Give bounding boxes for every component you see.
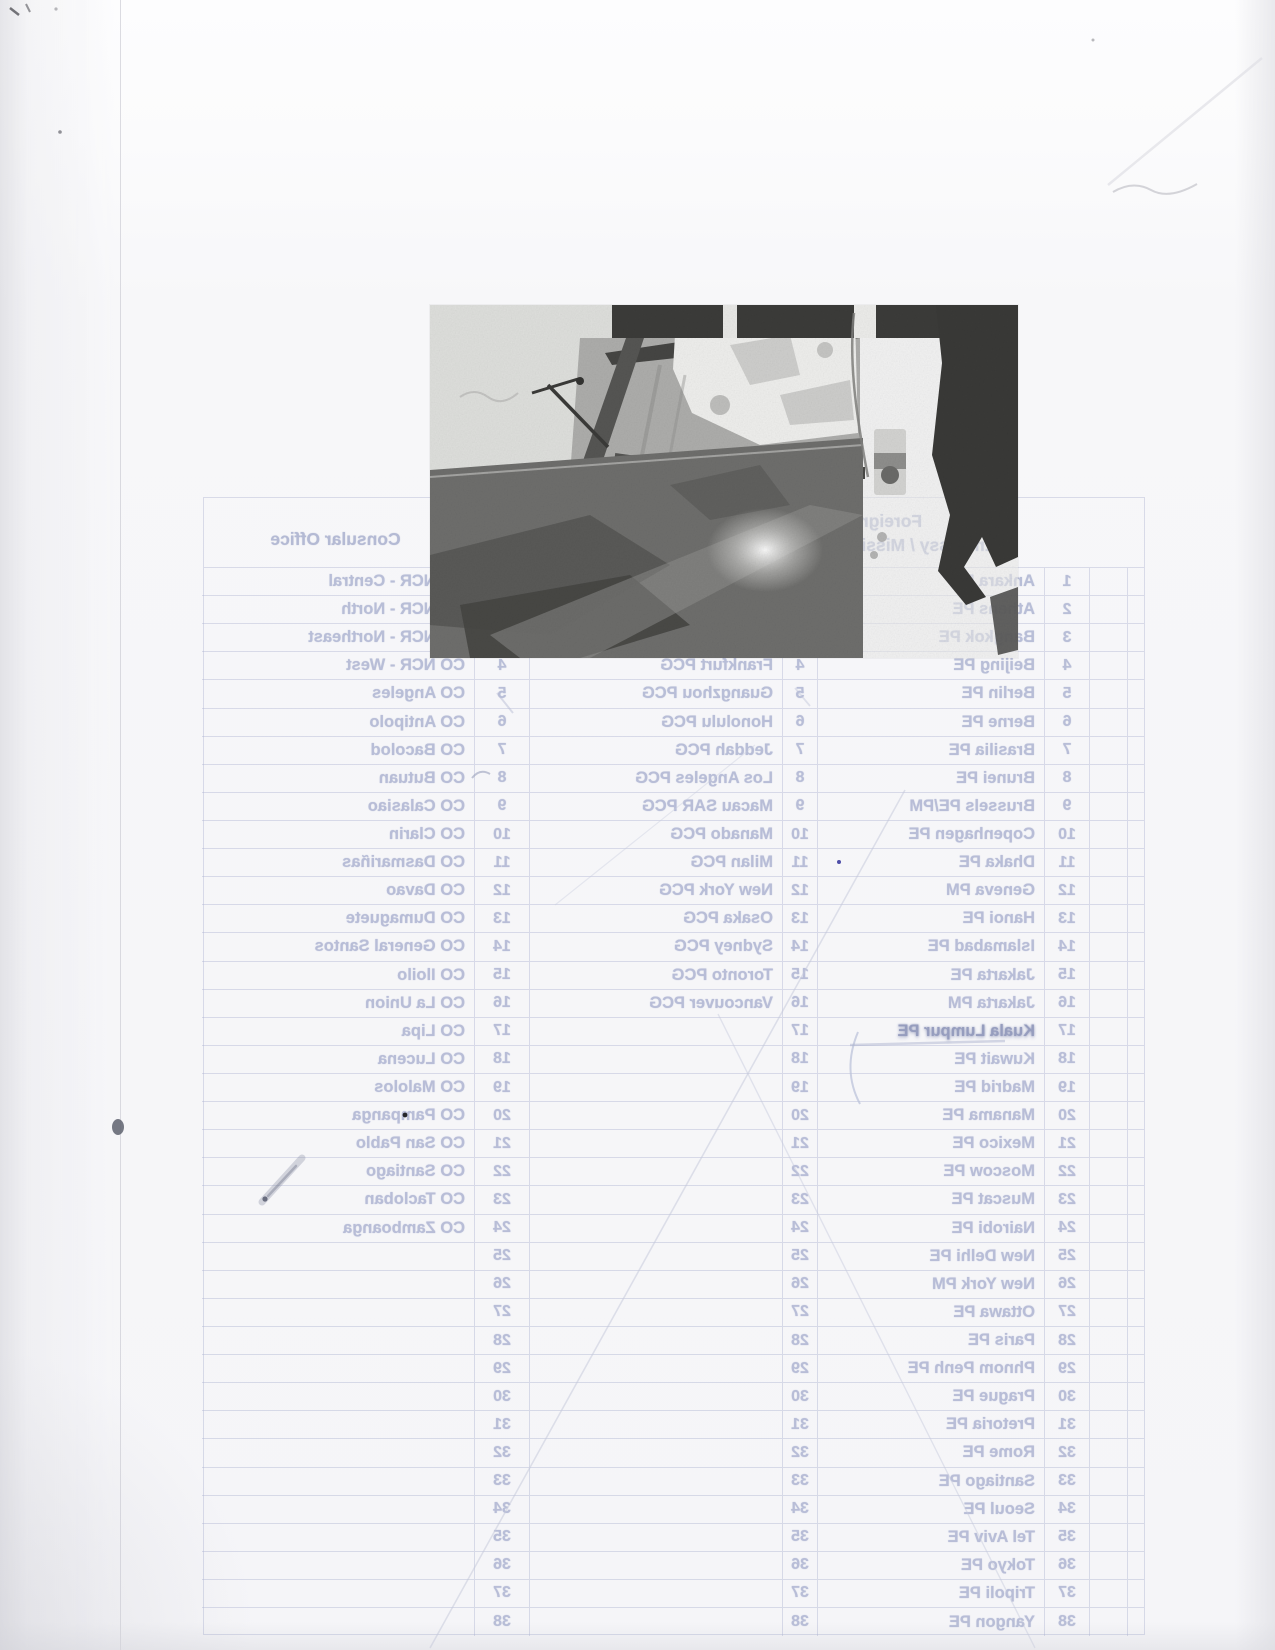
embassy-number-cell: 11 bbox=[1044, 849, 1089, 877]
embassy-number-cell: 23 bbox=[1044, 1186, 1089, 1214]
pcg-number-cell: 25 bbox=[782, 1243, 817, 1271]
margin-cell-outer bbox=[1127, 1552, 1144, 1580]
co-name-cell: CO Pampanga bbox=[202, 1102, 474, 1130]
pcg-name-cell bbox=[529, 1243, 782, 1271]
embassy-number-cell: 38 bbox=[1044, 1608, 1089, 1636]
co-number-cell: 33 bbox=[474, 1468, 529, 1496]
table-body: 1Ankara PE11CO NCR - Central2Athens PE22… bbox=[204, 568, 1144, 1636]
embassy-number-cell: 16 bbox=[1044, 990, 1089, 1018]
margin-cell-inner bbox=[1089, 568, 1127, 596]
embassy-number-cell: 31 bbox=[1044, 1411, 1089, 1439]
pcg-number-cell: 28 bbox=[782, 1327, 817, 1355]
co-name-cell: CO Dasmariñas bbox=[202, 849, 474, 877]
co-name-cell: CO Clarin bbox=[202, 821, 474, 849]
table-row: 26New York PM2626 bbox=[204, 1271, 1144, 1299]
co-name-cell bbox=[202, 1271, 474, 1299]
margin-cell-outer bbox=[1127, 1439, 1144, 1467]
embassy-number-cell: 30 bbox=[1044, 1383, 1089, 1411]
pcg-name-cell: Jeddah PCG bbox=[529, 737, 782, 765]
pcg-number-cell: 23 bbox=[782, 1186, 817, 1214]
table-row: 22Moscow PE2222CO Santiago bbox=[204, 1158, 1144, 1186]
co-number-cell: 34 bbox=[474, 1496, 529, 1524]
margin-cell-inner bbox=[1089, 1074, 1127, 1102]
embassy-name-cell: Seoul PE bbox=[817, 1496, 1044, 1524]
embassy-name-cell: Nairobi PE bbox=[817, 1215, 1044, 1243]
table-row: 21Mexico PE2121CO San Pablo bbox=[204, 1130, 1144, 1158]
pcg-name-cell bbox=[529, 1074, 782, 1102]
pcg-number-cell: 20 bbox=[782, 1102, 817, 1130]
co-name-cell bbox=[202, 1468, 474, 1496]
embassy-number-cell: 22 bbox=[1044, 1158, 1089, 1186]
pcg-name-cell: Macau SAR PCG bbox=[529, 793, 782, 821]
co-number-cell: 10 bbox=[474, 821, 529, 849]
co-number-cell: 26 bbox=[474, 1271, 529, 1299]
table-row: 13Hanoi PE13Osaka PCG13CO Dumaguete bbox=[204, 905, 1144, 933]
table-row: 29Phnom Penh PE2929 bbox=[204, 1355, 1144, 1383]
margin-cell-inner bbox=[1089, 1130, 1127, 1158]
co-number-cell: 35 bbox=[474, 1524, 529, 1552]
co-name-cell: CO Santiago bbox=[202, 1158, 474, 1186]
co-number-cell: 8 bbox=[474, 765, 529, 793]
pcg-name-cell bbox=[529, 1552, 782, 1580]
embassy-name-cell: Yangon PE bbox=[817, 1608, 1044, 1636]
co-number-cell: 25 bbox=[474, 1243, 529, 1271]
co-name-cell: CO Lucena bbox=[202, 1046, 474, 1074]
co-name-cell bbox=[202, 1355, 474, 1383]
margin-cell-outer bbox=[1127, 765, 1144, 793]
pcg-name-cell bbox=[529, 1186, 782, 1214]
table-row: 18Kuwait PE1818CO Lucena bbox=[204, 1046, 1144, 1074]
car-photo-graphic bbox=[430, 305, 1018, 658]
embassy-name-cell: Dhaka PE bbox=[817, 849, 1044, 877]
margin-cell-outer bbox=[1127, 1271, 1144, 1299]
margin-cell-inner bbox=[1089, 1215, 1127, 1243]
embassy-name-cell: Muscat PE bbox=[817, 1186, 1044, 1214]
co-number-cell: 19 bbox=[474, 1074, 529, 1102]
margin-cell-inner bbox=[1089, 821, 1127, 849]
co-name-cell bbox=[202, 1243, 474, 1271]
embassy-name-cell: Kuwait PE bbox=[817, 1046, 1044, 1074]
margin-cell-outer bbox=[1127, 933, 1144, 961]
margin-cell-inner bbox=[1089, 905, 1127, 933]
margin-cell-outer bbox=[1127, 905, 1144, 933]
margin-cell-inner bbox=[1089, 1186, 1127, 1214]
pcg-number-cell: 16 bbox=[782, 990, 817, 1018]
pcg-name-cell bbox=[529, 1215, 782, 1243]
embassy-name-cell: New Delhi PE bbox=[817, 1243, 1044, 1271]
pcg-number-cell: 7 bbox=[782, 737, 817, 765]
pcg-name-cell bbox=[529, 1327, 782, 1355]
co-name-cell: CO Lipa bbox=[202, 1018, 474, 1046]
co-number-cell: 28 bbox=[474, 1327, 529, 1355]
table-row: 7Brasilia PE7Jeddah PCG7CO Bacolod bbox=[204, 737, 1144, 765]
co-name-cell bbox=[202, 1299, 474, 1327]
margin-cell-outer bbox=[1127, 652, 1144, 680]
margin-cell-outer bbox=[1127, 737, 1144, 765]
embassy-name-cell: Brunei PE bbox=[817, 765, 1044, 793]
table-row: 11Dhaka PE11Milan PCG11CO Dasmariñas bbox=[204, 849, 1144, 877]
margin-cell-outer bbox=[1127, 1524, 1144, 1552]
margin-cell-inner bbox=[1089, 1552, 1127, 1580]
pcg-name-cell bbox=[529, 1496, 782, 1524]
table-row: 10Copenhagen PE10Manado PCG10CO Clarin bbox=[204, 821, 1144, 849]
embassy-name-cell: Moscow PE bbox=[817, 1158, 1044, 1186]
margin-cell-inner bbox=[1089, 849, 1127, 877]
margin-cell-inner bbox=[1089, 1271, 1127, 1299]
pcg-name-cell bbox=[529, 1580, 782, 1608]
margin-cell-inner bbox=[1089, 596, 1127, 624]
margin-cell-outer bbox=[1127, 849, 1144, 877]
co-number-cell: 23 bbox=[474, 1186, 529, 1214]
margin-cell-outer bbox=[1127, 1411, 1144, 1439]
co-number-cell: 32 bbox=[474, 1439, 529, 1467]
co-name-cell: CO La Union bbox=[202, 990, 474, 1018]
co-number-cell: 6 bbox=[474, 709, 529, 737]
margin-cell-outer bbox=[1127, 1158, 1144, 1186]
co-name-cell: CO Angeles bbox=[202, 680, 474, 708]
margin-cell-inner bbox=[1089, 680, 1127, 708]
co-number-cell: 16 bbox=[474, 990, 529, 1018]
pcg-name-cell bbox=[529, 1158, 782, 1186]
co-name-cell: CO Iloilo bbox=[202, 962, 474, 990]
table-row: 34Seoul PE3434 bbox=[204, 1496, 1144, 1524]
co-name-cell bbox=[202, 1411, 474, 1439]
table-row: 24Nairobi PE2424CO Zamboanga bbox=[204, 1215, 1144, 1243]
pcg-number-cell: 22 bbox=[782, 1158, 817, 1186]
embassy-number-cell: 19 bbox=[1044, 1074, 1089, 1102]
margin-cell-outer bbox=[1127, 1496, 1144, 1524]
co-name-cell bbox=[202, 1327, 474, 1355]
embassy-name-cell: Tokyo PE bbox=[817, 1552, 1044, 1580]
posts-table: Foreign Embassy / Mission Consular Offic… bbox=[203, 497, 1145, 1635]
co-name-cell: CO Zamboanga bbox=[202, 1215, 474, 1243]
co-number-cell: 11 bbox=[474, 849, 529, 877]
co-name-cell bbox=[202, 1552, 474, 1580]
embassy-number-cell: 25 bbox=[1044, 1243, 1089, 1271]
embassy-number-cell: 18 bbox=[1044, 1046, 1089, 1074]
table-row: 31Pretoria PE3131 bbox=[204, 1411, 1144, 1439]
margin-cell-inner bbox=[1089, 1018, 1127, 1046]
pcg-name-cell: Vancouver PCG bbox=[529, 990, 782, 1018]
co-number-cell: 21 bbox=[474, 1130, 529, 1158]
pcg-name-cell: Guangzhou PCG bbox=[529, 680, 782, 708]
margin-cell-outer bbox=[1127, 990, 1144, 1018]
co-number-cell: 22 bbox=[474, 1158, 529, 1186]
co-number-cell: 7 bbox=[474, 737, 529, 765]
margin-cell-inner bbox=[1089, 1496, 1127, 1524]
table-row: 25New Delhi PE2525 bbox=[204, 1243, 1144, 1271]
pcg-number-cell: 10 bbox=[782, 821, 817, 849]
co-number-cell: 18 bbox=[474, 1046, 529, 1074]
pcg-number-cell: 32 bbox=[782, 1439, 817, 1467]
embassy-number-cell: 4 bbox=[1044, 652, 1089, 680]
embassy-number-cell: 36 bbox=[1044, 1552, 1089, 1580]
table-row: 20Manama PE2020CO Pampanga bbox=[204, 1102, 1144, 1130]
embassy-number-cell: 33 bbox=[1044, 1468, 1089, 1496]
co-name-cell bbox=[202, 1580, 474, 1608]
co-number-cell: 37 bbox=[474, 1580, 529, 1608]
embassy-name-cell: Rome PE bbox=[817, 1439, 1044, 1467]
embassy-number-cell: 15 bbox=[1044, 962, 1089, 990]
margin-cell-inner bbox=[1089, 1102, 1127, 1130]
pcg-name-cell: Sydney PCG bbox=[529, 933, 782, 961]
margin-cell-inner bbox=[1089, 962, 1127, 990]
embassy-name-cell: Islamabad PE bbox=[817, 933, 1044, 961]
embassy-number-cell: 3 bbox=[1044, 624, 1089, 652]
embassy-number-cell: 21 bbox=[1044, 1130, 1089, 1158]
table-row: 38Yangon PE3838 bbox=[204, 1608, 1144, 1636]
table-row: 16Jakarta PM16Vancouver PCG16CO La Union bbox=[204, 990, 1144, 1018]
table-row: 33Santiago PE3333 bbox=[204, 1468, 1144, 1496]
embassy-name-cell: Jakarta PM bbox=[817, 990, 1044, 1018]
embassy-number-cell: 10 bbox=[1044, 821, 1089, 849]
pcg-number-cell: 12 bbox=[782, 877, 817, 905]
pcg-number-cell: 21 bbox=[782, 1130, 817, 1158]
margin-cell-inner bbox=[1089, 933, 1127, 961]
table-row: 12Geneva PM12New York PCG12CO Davao bbox=[204, 877, 1144, 905]
margin-cell-inner bbox=[1089, 1580, 1127, 1608]
pcg-number-cell: 29 bbox=[782, 1355, 817, 1383]
pcg-number-cell: 30 bbox=[782, 1383, 817, 1411]
co-number-cell: 29 bbox=[474, 1355, 529, 1383]
margin-cell-outer bbox=[1127, 709, 1144, 737]
margin-cell-inner bbox=[1089, 1299, 1127, 1327]
embassy-name-cell: Tripoli PE bbox=[817, 1580, 1044, 1608]
co-number-cell: 12 bbox=[474, 877, 529, 905]
pcg-name-cell bbox=[529, 1299, 782, 1327]
co-name-cell bbox=[202, 1383, 474, 1411]
pcg-number-cell: 33 bbox=[782, 1468, 817, 1496]
co-number-cell: 30 bbox=[474, 1383, 529, 1411]
margin-cell-inner bbox=[1089, 1327, 1127, 1355]
pcg-number-cell: 19 bbox=[782, 1074, 817, 1102]
table-row: 27Ottawa PE2727 bbox=[204, 1299, 1144, 1327]
co-number-cell: 15 bbox=[474, 962, 529, 990]
embassy-number-cell: 8 bbox=[1044, 765, 1089, 793]
margin-cell-outer bbox=[1127, 1215, 1144, 1243]
margin-cell-outer bbox=[1127, 1580, 1144, 1608]
embassy-number-cell: 5 bbox=[1044, 680, 1089, 708]
co-name-cell: CO Antipolo bbox=[202, 709, 474, 737]
pcg-name-cell: New York PCG bbox=[529, 877, 782, 905]
pcg-number-cell: 31 bbox=[782, 1411, 817, 1439]
table-row: 6Berne PE6Honolulu PCG6CO Antipolo bbox=[204, 709, 1144, 737]
co-name-cell: CO Dumaguete bbox=[202, 905, 474, 933]
co-number-cell: 24 bbox=[474, 1215, 529, 1243]
margin-cell-outer bbox=[1127, 624, 1144, 652]
embassy-number-cell: 37 bbox=[1044, 1580, 1089, 1608]
margin-cell-inner bbox=[1089, 1608, 1127, 1636]
margin-cell-outer bbox=[1127, 1608, 1144, 1636]
pcg-name-cell bbox=[529, 1411, 782, 1439]
co-name-cell: CO Davao bbox=[202, 877, 474, 905]
co-number-cell: 38 bbox=[474, 1608, 529, 1636]
margin-cell-outer bbox=[1127, 962, 1144, 990]
embassy-name-cell: Mexico PE bbox=[817, 1130, 1044, 1158]
co-name-cell: CO San Pablo bbox=[202, 1130, 474, 1158]
embassy-name-cell: Berne PE bbox=[817, 709, 1044, 737]
pcg-number-cell: 36 bbox=[782, 1552, 817, 1580]
embassy-number-cell: 26 bbox=[1044, 1271, 1089, 1299]
co-number-cell: 27 bbox=[474, 1299, 529, 1327]
crashed-car-photo bbox=[430, 305, 1018, 658]
embassy-name-cell: Santiago PE bbox=[817, 1468, 1044, 1496]
co-name-cell: CO General Santos bbox=[202, 933, 474, 961]
co-number-cell: 5 bbox=[474, 680, 529, 708]
embassy-number-cell: 20 bbox=[1044, 1102, 1089, 1130]
margin-cell-inner bbox=[1089, 624, 1127, 652]
embassy-name-cell: Brasilia PE bbox=[817, 737, 1044, 765]
table-row: 37Tripoli PE3737 bbox=[204, 1580, 1144, 1608]
embassy-number-cell: 24 bbox=[1044, 1215, 1089, 1243]
table-row: 8Brunei PE8Los Angeles PCG8CO Butuan bbox=[204, 765, 1144, 793]
margin-cell-outer bbox=[1127, 1327, 1144, 1355]
pcg-number-cell: 18 bbox=[782, 1046, 817, 1074]
pcg-name-cell bbox=[529, 1271, 782, 1299]
embassy-number-cell: 17 bbox=[1044, 1018, 1089, 1046]
margin-cell-inner bbox=[1089, 765, 1127, 793]
table-row: 9Brussels PE/PM9Macau SAR PCG9CO Calasia… bbox=[204, 793, 1144, 821]
margin-cell-inner bbox=[1089, 1046, 1127, 1074]
margin-cell-outer bbox=[1127, 1243, 1144, 1271]
table-row: 36Tokyo PE3636 bbox=[204, 1552, 1144, 1580]
margin-cell-inner bbox=[1089, 737, 1127, 765]
embassy-number-cell: 14 bbox=[1044, 933, 1089, 961]
table-row: 19Madrid PE1919CO Malolos bbox=[204, 1074, 1144, 1102]
margin-cell-inner bbox=[1089, 990, 1127, 1018]
pcg-number-cell: 35 bbox=[782, 1524, 817, 1552]
embassy-number-cell: 35 bbox=[1044, 1524, 1089, 1552]
embassy-number-cell: 34 bbox=[1044, 1496, 1089, 1524]
scanned-page: Foreign Embassy / Mission Consular Offic… bbox=[0, 0, 1275, 1650]
margin-cell-outer bbox=[1127, 1102, 1144, 1130]
co-number-cell: 14 bbox=[474, 933, 529, 961]
margin-cell-outer bbox=[1127, 1355, 1144, 1383]
co-name-cell: CO Calasiao bbox=[202, 793, 474, 821]
table-row: 23Muscat PE2323CO Tacloban bbox=[204, 1186, 1144, 1214]
margin-cell-outer bbox=[1127, 1130, 1144, 1158]
pcg-number-cell: 17 bbox=[782, 1018, 817, 1046]
margin-cell-inner bbox=[1089, 793, 1127, 821]
co-name-cell bbox=[202, 1496, 474, 1524]
embassy-number-cell: 28 bbox=[1044, 1327, 1089, 1355]
margin-cell-inner bbox=[1089, 1243, 1127, 1271]
pcg-name-cell: Toronto PCG bbox=[529, 962, 782, 990]
embassy-name-cell: Tel Aviv PE bbox=[817, 1524, 1044, 1552]
margin-cell-inner bbox=[1089, 1411, 1127, 1439]
embassy-number-cell: 29 bbox=[1044, 1355, 1089, 1383]
embassy-name-cell: Phnom Penh PE bbox=[817, 1355, 1044, 1383]
margin-cell-outer bbox=[1127, 568, 1144, 596]
table-row: 35Tel Aviv PE3535 bbox=[204, 1524, 1144, 1552]
pcg-name-cell bbox=[529, 1018, 782, 1046]
margin-cell-outer bbox=[1127, 1018, 1144, 1046]
embassy-number-cell: 12 bbox=[1044, 877, 1089, 905]
margin-cell-outer bbox=[1127, 596, 1144, 624]
margin-cell-inner bbox=[1089, 1468, 1127, 1496]
embassy-name-cell: Ottawa PE bbox=[817, 1299, 1044, 1327]
embassy-name-cell: Pretoria PE bbox=[817, 1411, 1044, 1439]
pcg-name-cell: Milan PCG bbox=[529, 849, 782, 877]
co-name-cell bbox=[202, 1524, 474, 1552]
co-number-cell: 13 bbox=[474, 905, 529, 933]
embassy-name-cell: Berlin PE bbox=[817, 680, 1044, 708]
pcg-name-cell bbox=[529, 1130, 782, 1158]
pcg-name-cell: Honolulu PCG bbox=[529, 709, 782, 737]
margin-cell-outer bbox=[1127, 821, 1144, 849]
margin-cell-inner bbox=[1089, 1383, 1127, 1411]
table-row: 15Jakarta PE15Toronto PCG15CO Iloilo bbox=[204, 962, 1144, 990]
co-name-cell: CO Butuan bbox=[202, 765, 474, 793]
pcg-number-cell: 15 bbox=[782, 962, 817, 990]
co-name-cell bbox=[202, 1608, 474, 1636]
pcg-number-cell: 8 bbox=[782, 765, 817, 793]
embassy-number-cell: 9 bbox=[1044, 793, 1089, 821]
pcg-number-cell: 6 bbox=[782, 709, 817, 737]
embassy-name-cell: Brussels PE/PM bbox=[817, 793, 1044, 821]
margin-cell-inner bbox=[1089, 1355, 1127, 1383]
embassy-name-cell: Geneva PM bbox=[817, 877, 1044, 905]
embassy-name-cell: Jakarta PE bbox=[817, 962, 1044, 990]
co-number-cell: 20 bbox=[474, 1102, 529, 1130]
pcg-name-cell bbox=[529, 1102, 782, 1130]
margin-cell-inner bbox=[1089, 652, 1127, 680]
co-name-cell: CO Tacloban bbox=[202, 1186, 474, 1214]
pcg-name-cell: Los Angeles PCG bbox=[529, 765, 782, 793]
pcg-number-cell: 24 bbox=[782, 1215, 817, 1243]
margin-cell-outer bbox=[1127, 1383, 1144, 1411]
margin-cell-outer bbox=[1127, 680, 1144, 708]
co-name-cell bbox=[202, 1439, 474, 1467]
margin-cell-inner bbox=[1089, 1524, 1127, 1552]
embassy-name-cell: Manama PE bbox=[817, 1102, 1044, 1130]
margin-cell-outer bbox=[1127, 1186, 1144, 1214]
embassy-name-cell: Paris PE bbox=[817, 1327, 1044, 1355]
pcg-name-cell: Manado PCG bbox=[529, 821, 782, 849]
pcg-name-cell bbox=[529, 1383, 782, 1411]
margin-cell-outer bbox=[1127, 793, 1144, 821]
table-row: 17Kuala Lumpur PE1717CO Lipa bbox=[204, 1018, 1144, 1046]
margin-cell-inner bbox=[1089, 1158, 1127, 1186]
embassy-number-cell: 2 bbox=[1044, 596, 1089, 624]
table-row: 30Prague PE3030 bbox=[204, 1383, 1144, 1411]
pcg-name-cell bbox=[529, 1355, 782, 1383]
margin-cell-outer bbox=[1127, 1299, 1144, 1327]
pcg-name-cell bbox=[529, 1439, 782, 1467]
embassy-number-cell: 7 bbox=[1044, 737, 1089, 765]
table-row: 32Rome PE3232 bbox=[204, 1439, 1144, 1467]
margin-cell-outer bbox=[1127, 1468, 1144, 1496]
pcg-number-cell: 9 bbox=[782, 793, 817, 821]
margin-cell-outer bbox=[1127, 1074, 1144, 1102]
table-row: 28Paris PE2828 bbox=[204, 1327, 1144, 1355]
co-number-cell: 31 bbox=[474, 1411, 529, 1439]
pcg-number-cell: 11 bbox=[782, 849, 817, 877]
embassy-name-cell: New York PM bbox=[817, 1271, 1044, 1299]
embassy-name-cell: Copenhagen PE bbox=[817, 821, 1044, 849]
co-name-cell: CO Bacolod bbox=[202, 737, 474, 765]
co-number-cell: 9 bbox=[474, 793, 529, 821]
pcg-number-cell: 13 bbox=[782, 905, 817, 933]
embassy-number-cell: 32 bbox=[1044, 1439, 1089, 1467]
embassy-number-cell: 1 bbox=[1044, 568, 1089, 596]
margin-cell-outer bbox=[1127, 877, 1144, 905]
pcg-name-cell: Osaka PCG bbox=[529, 905, 782, 933]
pcg-number-cell: 37 bbox=[782, 1580, 817, 1608]
table-row: 14Islamabad PE14Sydney PCG14CO General S… bbox=[204, 933, 1144, 961]
co-number-cell: 36 bbox=[474, 1552, 529, 1580]
margin-cell-inner bbox=[1089, 877, 1127, 905]
